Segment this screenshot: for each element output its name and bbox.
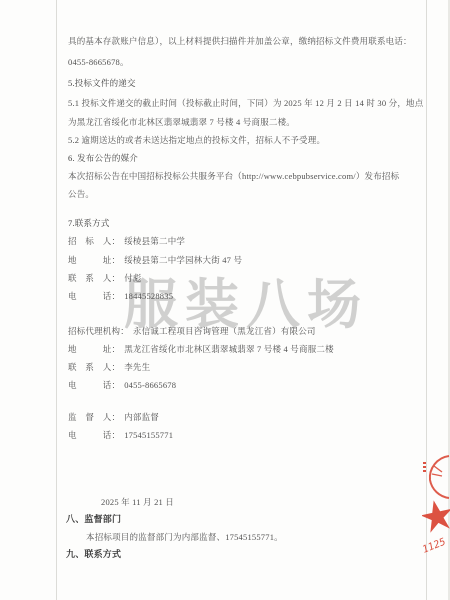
contact-label: 联 系 人： (68, 273, 120, 283)
contact-label: 地 址： (68, 344, 120, 354)
section5-item51-line2: 为黑龙江省绥化市北林区翡翠城翡翠 7 号楼 4 号商服二楼。 (68, 117, 295, 127)
contact-row-bidder-address: 地 址：绥棱县第二中学园林大街 47 号 (68, 255, 242, 265)
contact-row-supervisor-phone: 电 话：17545155771 (68, 430, 173, 440)
section5-item51-line1: 5.1 投标文件递交的截止时间（投标截止时间，下同）为 2025 年 12 月 … (68, 98, 423, 108)
contact-value: 付彪 (124, 273, 141, 283)
section7-heading: 7.联系方式 (68, 218, 110, 228)
contact-value: 绥棱县第二中学园林大街 47 号 (124, 255, 242, 265)
contact-value: 内部监督 (124, 412, 159, 422)
contact-value: 0455-8665678 (124, 380, 176, 390)
contact-row-bidder-phone: 电 话：18445528835 (68, 291, 173, 301)
section6-body-line1: 本次招标公告在中国招标投标公共服务平台（http://www.cebpubser… (68, 171, 399, 181)
contact-row-agency-person: 联 系 人：李先生 (68, 362, 150, 372)
section9-heading: 九、联系方式 (66, 549, 121, 559)
contact-row-bidder-person: 联 系 人：付彪 (68, 273, 142, 283)
section6-heading: 6. 发布公告的媒介 (68, 153, 138, 163)
contact-value: 17545155771 (124, 430, 173, 440)
section5-item52: 5.2 逾期送达的或者未送达指定地点的投标文件，招标人不予受理。 (68, 135, 325, 145)
contact-label: 招标代理机构： (68, 326, 129, 336)
page-edge-left (56, 0, 57, 600)
contact-value: 18445528835 (124, 291, 173, 301)
contact-row-agency: 招标代理机构：永信诚工程项目咨询管理（黑龙江省）有限公司 (68, 326, 316, 336)
contact-label: 招 标 人： (68, 236, 120, 246)
page-edge-right (426, 0, 427, 600)
contact-value: 绥棱县第二中学 (124, 236, 185, 246)
contact-label: 电 话： (68, 380, 120, 390)
section8-body: 本招标项目的监督部门为内部监督、17545155771。 (86, 532, 283, 542)
contact-value: 永信诚工程项目咨询管理（黑龙江省）有限公司 (133, 326, 316, 336)
contact-row-agency-address: 地 址：黑龙江省绥化市北林区翡翠城翡翠 7 号楼 4 号商服二楼 (68, 344, 334, 354)
contact-label: 联 系 人： (68, 362, 120, 372)
contact-label: 监 督 人： (68, 412, 120, 422)
intro-line-1: 具的基本存款账户信息），以上材料提供扫描件并加盖公章，缴纳招标文件费用联系电话： (68, 36, 412, 46)
section5-heading: 5.投标文件的递交 (68, 78, 136, 88)
contact-label: 电 话： (68, 430, 120, 440)
document-date: 2025 年 11 月 21 日 (101, 497, 174, 507)
section6-body-line2: 公告。 (68, 189, 94, 199)
contact-row-bidder: 招 标 人：绥棱县第二中学 (68, 236, 185, 246)
section8-heading: 八、监督部门 (66, 514, 121, 524)
intro-line-2: 0455-8665678。 (68, 57, 129, 67)
contact-value: 黑龙江省绥化市北林区翡翠城翡翠 7 号楼 4 号商服二楼 (124, 344, 334, 354)
contact-row-supervisor: 监 督 人：内部监督 (68, 412, 159, 422)
contact-row-agency-phone: 电 话：0455-8665678 (68, 380, 176, 390)
contact-value: 李先生 (124, 362, 150, 372)
contact-label: 地 址： (68, 255, 120, 265)
contact-label: 电 话： (68, 291, 120, 301)
scanned-document-page: 服装八场 具的基本存款账户信息），以上材料提供扫描件并加盖公章，缴纳招标文件费用… (0, 0, 450, 600)
